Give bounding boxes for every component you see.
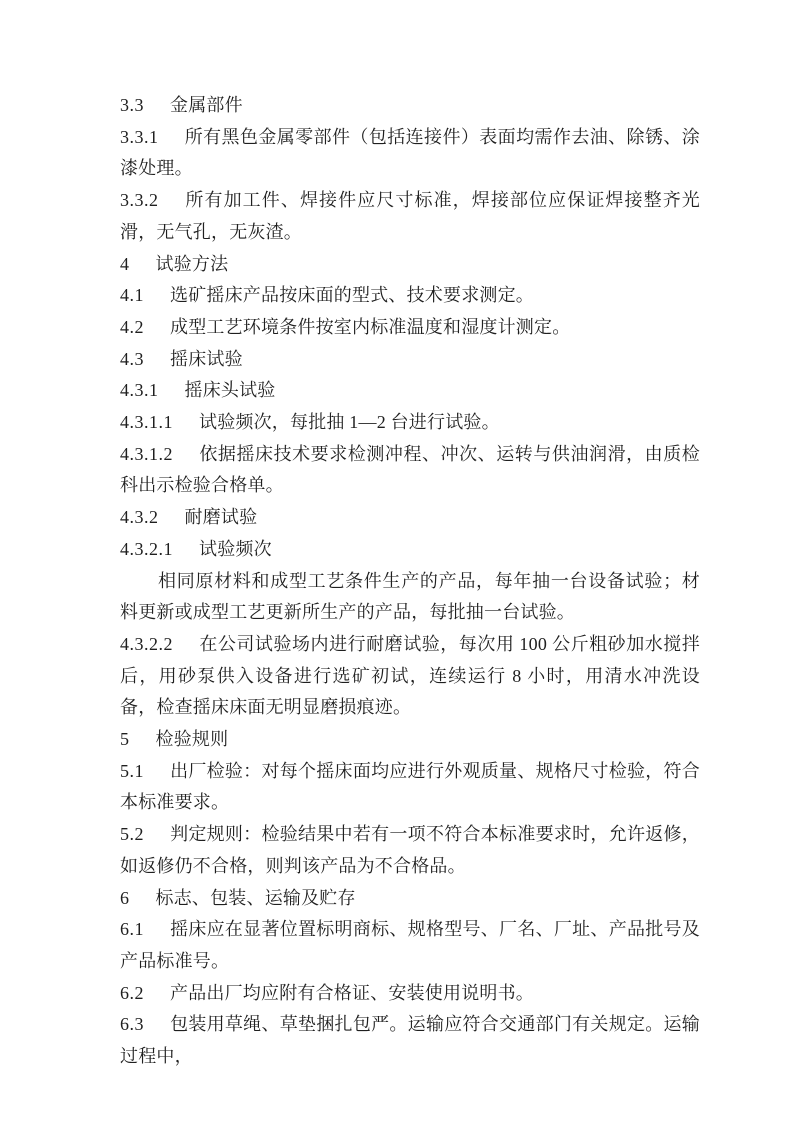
clause-4.3.2.2: 4.3.2.2在公司试验场内进行耐磨试验，每次用 100 公斤粗砂加水搅拌后，用… [120, 629, 700, 724]
clause-6.3: 6.3包装用草绳、草垫捆扎包严。运输应符合交通部门有关规定。运输过程中， [120, 1009, 700, 1072]
clause-number: 4 [120, 249, 130, 281]
clause-number: 6 [120, 883, 130, 915]
clause-number: 4.3.2.2 [120, 629, 173, 661]
clause-6.1: 6.1摇床应在显著位置标明商标、规格型号、厂名、厂址、产品批号及产品标准号。 [120, 914, 700, 977]
clause-number: 6.1 [120, 914, 144, 946]
clause-5.1: 5.1出厂检验：对每个摇床面均应进行外观质量、规格尺寸检验，符合本标准要求。 [120, 756, 700, 819]
clause-text: 产品出厂均应附有合格证、安装使用说明书。 [170, 983, 534, 1003]
clause-number: 6.2 [120, 978, 144, 1010]
clause-text: 试验方法 [156, 254, 229, 274]
clause-text: 摇床试验 [170, 349, 243, 369]
clause-number: 5 [120, 724, 130, 756]
clause-number: 4.3.1.2 [120, 439, 173, 471]
clause-text: 在公司试验场内进行耐磨试验，每次用 100 公斤粗砂加水搅拌后，用砂泵供入设备进… [120, 634, 700, 717]
clause-number: 4.3.2 [120, 502, 159, 534]
clause-text: 试验频次 [199, 539, 272, 559]
clause-text: 摇床头试验 [185, 380, 276, 400]
clause-text: 金属部件 [170, 95, 243, 115]
clause-number: 3.3.2 [120, 185, 159, 217]
body-paragraph: 相同原材料和成型工艺条件生产的产品，每年抽一台设备试验；材料更新或成型工艺更新所… [120, 566, 700, 629]
clause-text: 试验频次，每批抽 1—2 台进行试验。 [199, 412, 500, 432]
clause-6.2: 6.2产品出厂均应附有合格证、安装使用说明书。 [120, 978, 700, 1010]
clause-4.3.1: 4.3.1摇床头试验 [120, 375, 700, 407]
clause-text: 选矿摇床产品按床面的型式、技术要求测定。 [170, 285, 534, 305]
clause-3.3.2: 3.3.2所有加工件、焊接件应尺寸标准，焊接部位应保证焊接整齐光滑，无气孔，无灰… [120, 185, 700, 248]
clause-text: 耐磨试验 [185, 507, 258, 527]
clause-number: 5.2 [120, 819, 144, 851]
clause-6: 6标志、包装、运输及贮存 [120, 883, 700, 915]
clause-text: 成型工艺环境条件按室内标准温度和湿度计测定。 [170, 317, 570, 337]
clause-4.3.2: 4.3.2耐磨试验 [120, 502, 700, 534]
clause-number: 4.3.1.1 [120, 407, 173, 439]
clause-4.1: 4.1选矿摇床产品按床面的型式、技术要求测定。 [120, 280, 700, 312]
clause-number: 5.1 [120, 756, 144, 788]
clause-number: 6.3 [120, 1009, 144, 1041]
clause-number: 4.3.2.1 [120, 534, 173, 566]
clause-text: 所有加工件、焊接件应尺寸标准，焊接部位应保证焊接整齐光滑，无气孔，无灰渣。 [120, 190, 700, 242]
clause-4.3.2.1: 4.3.2.1试验频次 [120, 534, 700, 566]
clause-5: 5检验规则 [120, 724, 700, 756]
clause-text: 判定规则：检验结果中若有一项不符合本标准要求时，允许返修，如返修仍不合格，则判该… [120, 824, 700, 876]
clause-4.3.1.1: 4.3.1.1试验频次，每批抽 1—2 台进行试验。 [120, 407, 700, 439]
clause-text: 包装用草绳、草垫捆扎包严。运输应符合交通部门有关规定。运输过程中， [120, 1014, 700, 1066]
clause-4.3: 4.3摇床试验 [120, 344, 700, 376]
clause-number: 4.3 [120, 344, 144, 376]
clause-text: 依据摇床技术要求检测冲程、冲次、运转与供油润滑，由质检科出示检验合格单。 [120, 444, 700, 496]
clause-text: 所有黑色金属零部件（包括连接件）表面均需作去油、除锈、涂漆处理。 [120, 127, 700, 179]
clause-number: 3.3 [120, 90, 144, 122]
clause-text: 出厂检验：对每个摇床面均应进行外观质量、规格尺寸检验，符合本标准要求。 [120, 761, 700, 813]
clause-text: 相同原材料和成型工艺条件生产的产品，每年抽一台设备试验；材料更新或成型工艺更新所… [120, 571, 700, 623]
clause-number: 4.3.1 [120, 375, 159, 407]
document-page: 3.3金属部件3.3.1所有黑色金属零部件（包括连接件）表面均需作去油、除锈、涂… [0, 0, 800, 1132]
clause-number: 3.3.1 [120, 122, 159, 154]
clause-text: 摇床应在显著位置标明商标、规格型号、厂名、厂址、产品批号及产品标准号。 [120, 919, 700, 971]
clause-3.3: 3.3金属部件 [120, 90, 700, 122]
clause-4: 4试验方法 [120, 249, 700, 281]
clause-5.2: 5.2判定规则：检验结果中若有一项不符合本标准要求时，允许返修，如返修仍不合格，… [120, 819, 700, 882]
clause-3.3.1: 3.3.1所有黑色金属零部件（包括连接件）表面均需作去油、除锈、涂漆处理。 [120, 122, 700, 185]
clause-text: 标志、包装、运输及贮存 [156, 888, 356, 908]
clause-4.2: 4.2成型工艺环境条件按室内标准温度和湿度计测定。 [120, 312, 700, 344]
clause-number: 4.2 [120, 312, 144, 344]
clause-4.3.1.2: 4.3.1.2依据摇床技术要求检测冲程、冲次、运转与供油润滑，由质检科出示检验合… [120, 439, 700, 502]
document-body: 3.3金属部件3.3.1所有黑色金属零部件（包括连接件）表面均需作去油、除锈、涂… [120, 90, 700, 1073]
clause-number: 4.1 [120, 280, 144, 312]
clause-text: 检验规则 [156, 729, 229, 749]
